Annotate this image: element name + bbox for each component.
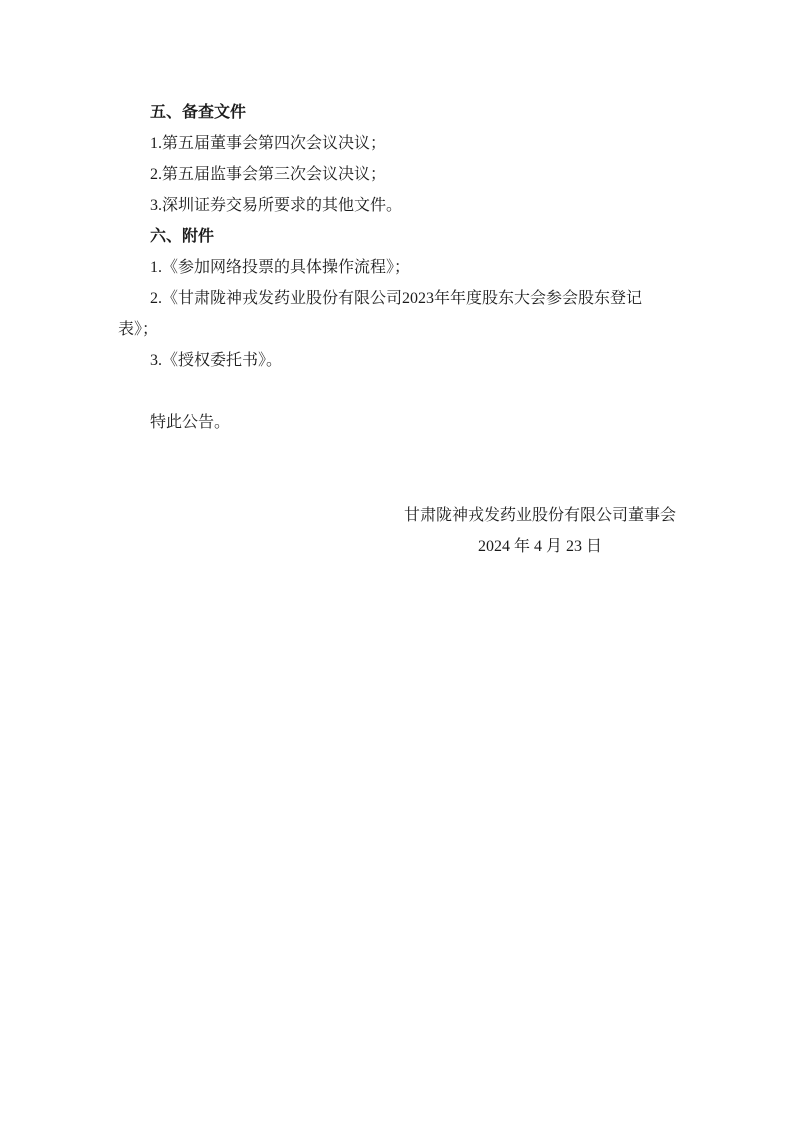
document-page: 五、备查文件 1.第五届董事会第四次会议决议； 2.第五届监事会第三次会议决议；… (0, 0, 794, 1122)
section6-heading: 六、附件 (118, 221, 676, 252)
section6-item-3: 3.《授权委托书》。 (118, 345, 676, 376)
signature-date: 2024 年 4 月 23 日 (404, 531, 676, 562)
section5-item-2: 2.第五届监事会第三次会议决议； (118, 159, 676, 190)
closing-statement: 特此公告。 (118, 407, 676, 438)
section6-item-2-line-1: 2.《甘肃陇神戎发药业股份有限公司2023年年度股东大会参会股东登记 (118, 283, 676, 314)
signature-inner: 甘肃陇神戎发药业股份有限公司董事会 2024 年 4 月 23 日 (404, 500, 676, 562)
section5-item-1: 1.第五届董事会第四次会议决议； (118, 128, 676, 159)
section6-item-1: 1.《参加网络投票的具体操作流程》； (118, 252, 676, 283)
section6-item-2-line-2: 表》； (118, 314, 676, 345)
signature-block: 甘肃陇神戎发药业股份有限公司董事会 2024 年 4 月 23 日 (118, 500, 676, 562)
section5-heading: 五、备查文件 (118, 97, 676, 128)
section5-item-3: 3.深圳证券交易所要求的其他文件。 (118, 190, 676, 221)
signature-company: 甘肃陇神戎发药业股份有限公司董事会 (404, 500, 676, 531)
